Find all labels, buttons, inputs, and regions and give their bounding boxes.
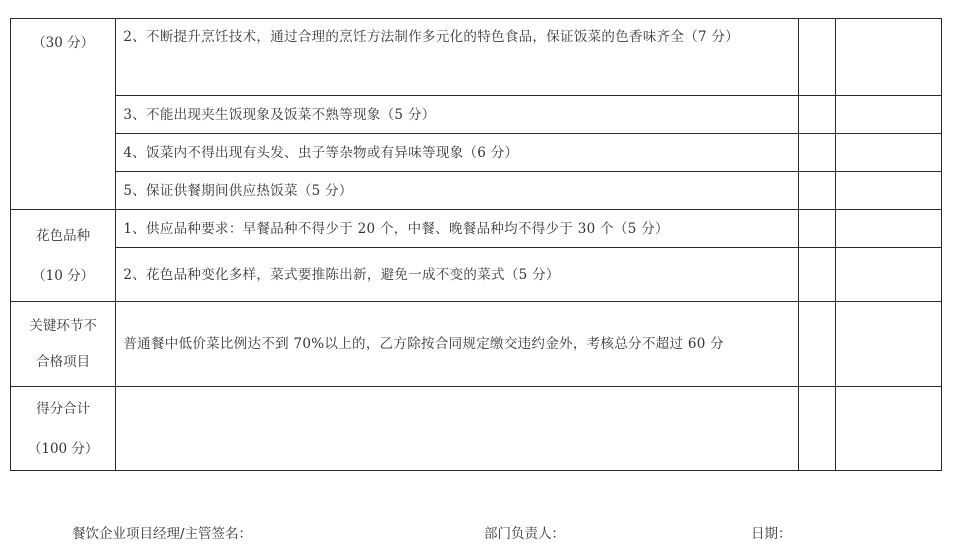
- table-row: （30 分） 2、不断提升烹饪技术，通过合理的烹饪方法制作多元化的特色食品，保证…: [11, 19, 942, 96]
- remark-cell[interactable]: [835, 19, 941, 96]
- remark-cell[interactable]: [835, 248, 941, 302]
- remark-cell[interactable]: [835, 172, 941, 210]
- table-row: 5、保证供餐期间供应热饭菜（5 分）: [11, 172, 942, 210]
- score-cell[interactable]: [798, 96, 835, 134]
- date-label: 日期：: [751, 522, 792, 542]
- assessment-table: （30 分） 2、不断提升烹饪技术，通过合理的烹饪方法制作多元化的特色食品，保证…: [10, 18, 942, 471]
- remark-cell[interactable]: [835, 302, 941, 387]
- department-head-label: 部门负责人：: [484, 522, 565, 542]
- table-row: 花色品种 （10 分） 1、供应品种要求：早餐品种不得少于 20 个，中餐、晚餐…: [11, 210, 942, 248]
- criteria-text: 5、保证供餐期间供应热饭菜（5 分）: [116, 173, 797, 209]
- criteria-text: 普通餐中低价菜比例达不到 70%以上的，乙方除按合同规定缴交违约金外，考核总分不…: [116, 326, 797, 362]
- criteria-cell: 4、饭菜内不得出现有头发、虫子等杂物或有异味等现象（6 分）: [116, 134, 798, 172]
- score-cell[interactable]: [798, 210, 835, 248]
- criteria-text: 2、花色品种变化多样，菜式要推陈出新，避免一成不变的菜式（5 分）: [116, 257, 797, 293]
- table-row: 得分合计 （100 分）: [11, 387, 942, 471]
- manager-signature-label: 餐饮企业项目经理/主管签名：: [72, 522, 252, 542]
- table-row: 4、饭菜内不得出现有头发、虫子等杂物或有异味等现象（6 分）: [11, 134, 942, 172]
- total-score-cell[interactable]: [116, 387, 798, 471]
- score-cell[interactable]: [798, 172, 835, 210]
- table-row: 关键环节不 合格项目 普通餐中低价菜比例达不到 70%以上的，乙方除按合同规定缴…: [11, 302, 942, 387]
- category-name: 关键环节不: [11, 308, 115, 344]
- score-cell[interactable]: [798, 302, 835, 387]
- criteria-cell: 2、不断提升烹饪技术，通过合理的烹饪方法制作多元化的特色食品，保证饭菜的色香味齐…: [116, 19, 798, 96]
- criteria-text: 1、供应品种要求：早餐品种不得少于 20 个，中餐、晚餐品种均不得少于 30 个…: [116, 211, 797, 247]
- criteria-text: 3、不能出现夹生饭现象及饭菜不熟等现象（5 分）: [116, 97, 797, 133]
- score-cell[interactable]: [798, 134, 835, 172]
- category-cell: 关键环节不 合格项目: [11, 302, 116, 387]
- criteria-cell: 普通餐中低价菜比例达不到 70%以上的，乙方除按合同规定缴交违约金外，考核总分不…: [116, 302, 798, 387]
- criteria-cell: 1、供应品种要求：早餐品种不得少于 20 个，中餐、晚餐品种均不得少于 30 个…: [116, 210, 798, 248]
- criteria-cell: 2、花色品种变化多样，菜式要推陈出新，避免一成不变的菜式（5 分）: [116, 248, 798, 302]
- category-cell: 花色品种 （10 分）: [11, 210, 116, 302]
- category-score: （10 分）: [11, 256, 115, 296]
- criteria-cell: 3、不能出现夹生饭现象及饭菜不熟等现象（5 分）: [116, 96, 798, 134]
- score-cell[interactable]: [798, 387, 835, 471]
- category-cell: （30 分）: [11, 19, 116, 210]
- table-row: 3、不能出现夹生饭现象及饭菜不熟等现象（5 分）: [11, 96, 942, 134]
- criteria-text: 2、不断提升烹饪技术，通过合理的烹饪方法制作多元化的特色食品，保证饭菜的色香味齐…: [116, 19, 797, 56]
- total-score-label-cell: 得分合计 （100 分）: [11, 387, 116, 471]
- criteria-cell: 5、保证供餐期间供应热饭菜（5 分）: [116, 172, 798, 210]
- table-row: 2、花色品种变化多样，菜式要推陈出新，避免一成不变的菜式（5 分）: [11, 248, 942, 302]
- total-score-max: （100 分）: [11, 429, 115, 469]
- category-name-cont: 合格项目: [11, 344, 115, 380]
- category-score: （30 分）: [11, 31, 115, 51]
- score-cell[interactable]: [798, 248, 835, 302]
- total-score-label: 得分合计: [11, 389, 115, 429]
- remark-cell[interactable]: [835, 96, 941, 134]
- score-cell[interactable]: [798, 19, 835, 96]
- category-name: 花色品种: [11, 216, 115, 256]
- criteria-text: 4、饭菜内不得出现有头发、虫子等杂物或有异味等现象（6 分）: [116, 135, 797, 171]
- remark-cell[interactable]: [835, 134, 941, 172]
- remark-cell[interactable]: [835, 387, 941, 471]
- remark-cell[interactable]: [835, 210, 941, 248]
